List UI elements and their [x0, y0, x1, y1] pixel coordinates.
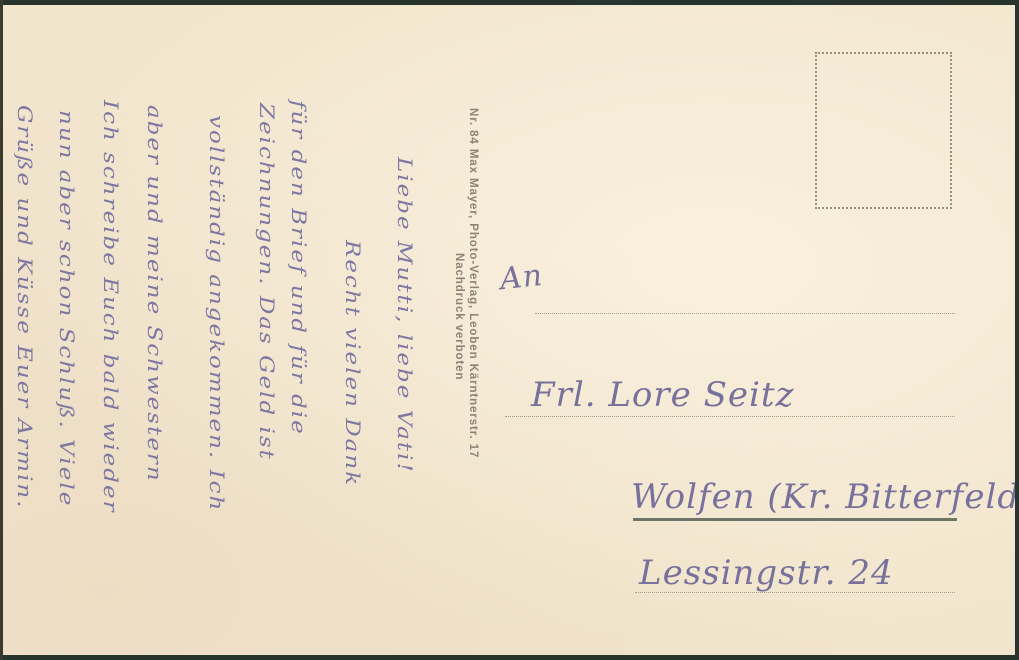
- address-line-3-underline: [633, 518, 957, 521]
- address-city: Wolfen (Kr. Bitterfeld): [631, 477, 1015, 517]
- postcard-reverse: Nr. 84 Max Mayer, Photo-Verlag, Leoben K…: [3, 5, 1015, 655]
- message-line: aber und meine Schwestern: [143, 105, 165, 483]
- card-right-edge: [1015, 0, 1019, 660]
- publisher-imprint: Nr. 84 Max Mayer, Photo-Verlag, Leoben K…: [467, 108, 479, 458]
- message-line: Liebe Mutti, liebe Vati!: [393, 157, 415, 474]
- message-line: Recht vielen Dank: [341, 240, 363, 487]
- copyright-notice: Nachdruck verboten: [453, 253, 465, 380]
- stamp-box: [815, 52, 952, 209]
- address-line-4: [635, 592, 955, 593]
- message-line: Ich schreibe Euch bald wieder: [99, 100, 121, 514]
- address-line-1: [535, 313, 955, 314]
- address-line-2: [505, 416, 955, 417]
- message-line: für den Brief und für die: [287, 100, 309, 436]
- address-street: Lessingstr. 24: [639, 553, 894, 593]
- address-prefix: An: [498, 258, 544, 297]
- message-line: nun aber schon Schluß. Viele: [55, 110, 77, 507]
- message-line: Zeichnungen. Das Geld ist: [255, 103, 277, 461]
- address-recipient: Frl. Lore Seitz: [531, 375, 794, 415]
- message-line: vollständig angekommen. Ich: [205, 115, 227, 512]
- message-line: Grüße und Küsse Euer Armin.: [13, 105, 35, 510]
